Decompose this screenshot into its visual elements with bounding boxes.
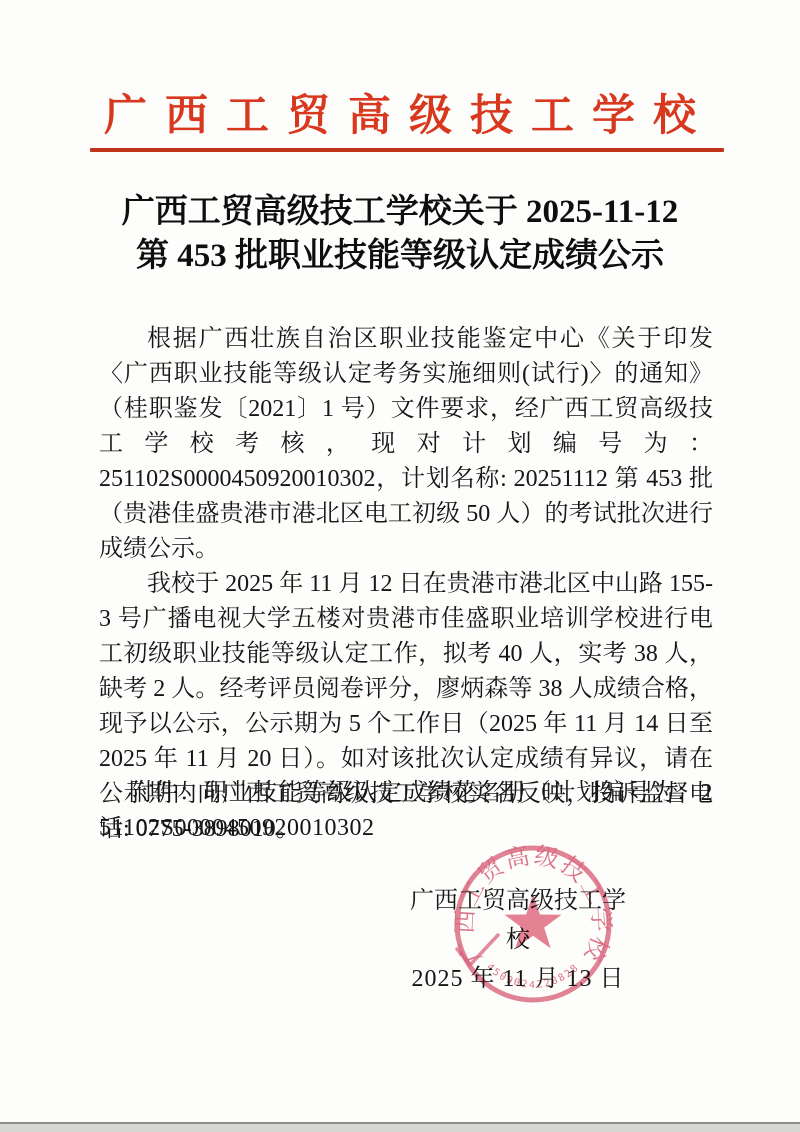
seal-code-text: 4509024228828 xyxy=(484,962,582,991)
seal-star-icon xyxy=(505,894,562,948)
scan-bottom-edge xyxy=(0,1122,800,1132)
document-title-line1: 广西工贸高级技工学校关于 2025-11-12 xyxy=(0,190,800,234)
document-title: 广西工贸高级技工学校关于 2025-11-12 第 453 批职业技能等级认定成… xyxy=(0,190,800,278)
document-body: 根据广西壮族自治区职业技能鉴定中心《关于印发〈广西职业技能等级认定考务实施细则(… xyxy=(99,322,713,847)
document-title-line2: 第 453 批职业技能等级认定成绩公示 xyxy=(0,234,800,278)
body-paragraph-1: 根据广西壮族自治区职业技能鉴定中心《关于印发〈广西职业技能等级认定考务实施细则(… xyxy=(99,322,713,567)
official-seal-stamp: 广西工贸高级技工学校 4509024228828 xyxy=(441,832,625,1016)
letterhead-divider-rule xyxy=(90,148,724,152)
scanned-document-page: 广西工贸高级技工学校 广西工贸高级技工学校关于 2025-11-12 第 453… xyxy=(0,0,800,1132)
letterhead-school-name: 广西工贸高级技工学校 xyxy=(104,94,714,140)
